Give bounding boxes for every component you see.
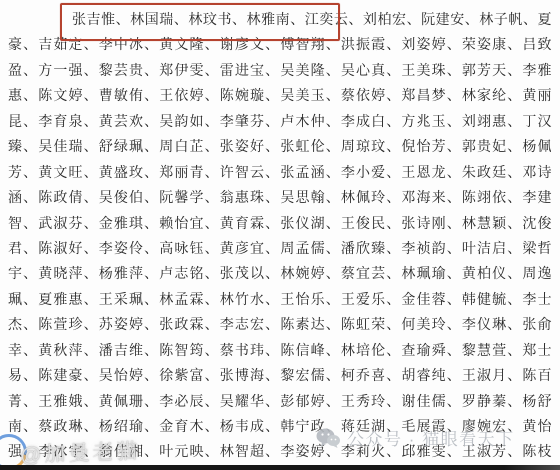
watermark-right: 公众号 · 猫眼看天下 xyxy=(316,425,515,450)
name-list-line: 君、陈淑好、李姿伶、高咏钰、黄彦宜、周孟儒、潘欣臻、李祯韵、叶洁启、梁哲 xyxy=(8,237,552,262)
name-list-line: 宇、黄晓萍、杨雅萍、卢志铭、张茂以、林婉婷、蔡宜芸、林珮瑜、黄柏仪、周逸 xyxy=(8,262,552,287)
name-list-line: 珮、夏雅惠、王采珮、林孟霖、林竹水、王怡乐、王爱乐、金佳蓉、韩健毓、李士 xyxy=(8,288,552,313)
watermark-right-text: 公众号 · 猫眼看天下 xyxy=(347,425,515,450)
watermark-left-text: @加曼老猫 xyxy=(20,435,141,469)
name-list-line: 昆、李育泉、黄芸欢、吴韵如、李肇芬、卢木仲、李成白、方兆玉、刘翊惠、丁汉 xyxy=(8,110,552,135)
name-list-line: 幸、黄秋萍、潘吉维、陈智筠、蔡书玮、陈信峰、林培伦、查瑜舜、黎慧萱、郑士 xyxy=(8,339,552,364)
name-list-line: 涵、陈政倩、吴俊伯、阮馨学、翁惠珠、吴思翰、林佩玲、邓海来、陈翊依、李建 xyxy=(8,186,552,211)
name-list-line: 智、武淑芬、金雅琪、赖怡宜、黄育霖、张仪湖、王俊民、张诗刚、林慧颖、沈俊 xyxy=(8,212,552,237)
wechat-icon xyxy=(316,428,340,448)
document-page: 张吉惟、林国瑞、林玟书、林雅南、江奕云、刘柏宏、阮建安、林子帆、夏志 豪、吉茹定… xyxy=(0,0,560,470)
name-list-line: 盈、方一强、黎芸贵、郑伊雯、雷进宝、吴美隆、吴心真、王美珠、郭芳天、李雅 xyxy=(8,59,552,84)
name-list-line: 菁、王雅娥、黄佩珊、李必辰、吴耀华、彭郁婷、王秀玲、谢佳儒、罗静蓁、杨舒 xyxy=(8,390,552,415)
name-list-line: 臻、吴佳瑞、舒绿珮、周白芷、张姿好、张虹伦、周琼玟、倪怡芳、郭贵妃、杨佩 xyxy=(8,135,552,160)
name-list-line: 杰、陈萱珍、苏姿婷、张政霖、李志宏、陈素达、陈虹荣、何美玲、李仪琳、张俞 xyxy=(8,313,552,338)
name-list-line: 易、陈建豪、吴怡婷、徐紫富、张博海、黎宏儒、柯乔喜、胡睿纯、王淑月、陈百 xyxy=(8,364,552,389)
name-list-line: 张吉惟、林国瑞、林玟书、林雅南、江奕云、刘柏宏、阮建安、林子帆、夏志 xyxy=(8,8,552,33)
name-list-line: 惠、陈文婷、曹敏侑、王依婷、陈婉璇、吴美玉、蔡依婷、郑昌梦、林家纶、黄丽 xyxy=(8,84,552,109)
name-list-line: 豪、吉茹定、李中冰、黄文隆、谢彦文、傅智翔、洪振霞、刘姿婷、荣姿康、吕致 xyxy=(8,33,552,58)
name-list: 张吉惟、林国瑞、林玟书、林雅南、江奕云、刘柏宏、阮建安、林子帆、夏志 豪、吉茹定… xyxy=(8,8,552,466)
name-list-line: 芳、黄文旺、黄盛玫、郑丽青、许智云、张孟涵、李小爱、王恩龙、朱政廷、邓诗 xyxy=(8,161,552,186)
bottom-crop-bar xyxy=(0,465,560,470)
